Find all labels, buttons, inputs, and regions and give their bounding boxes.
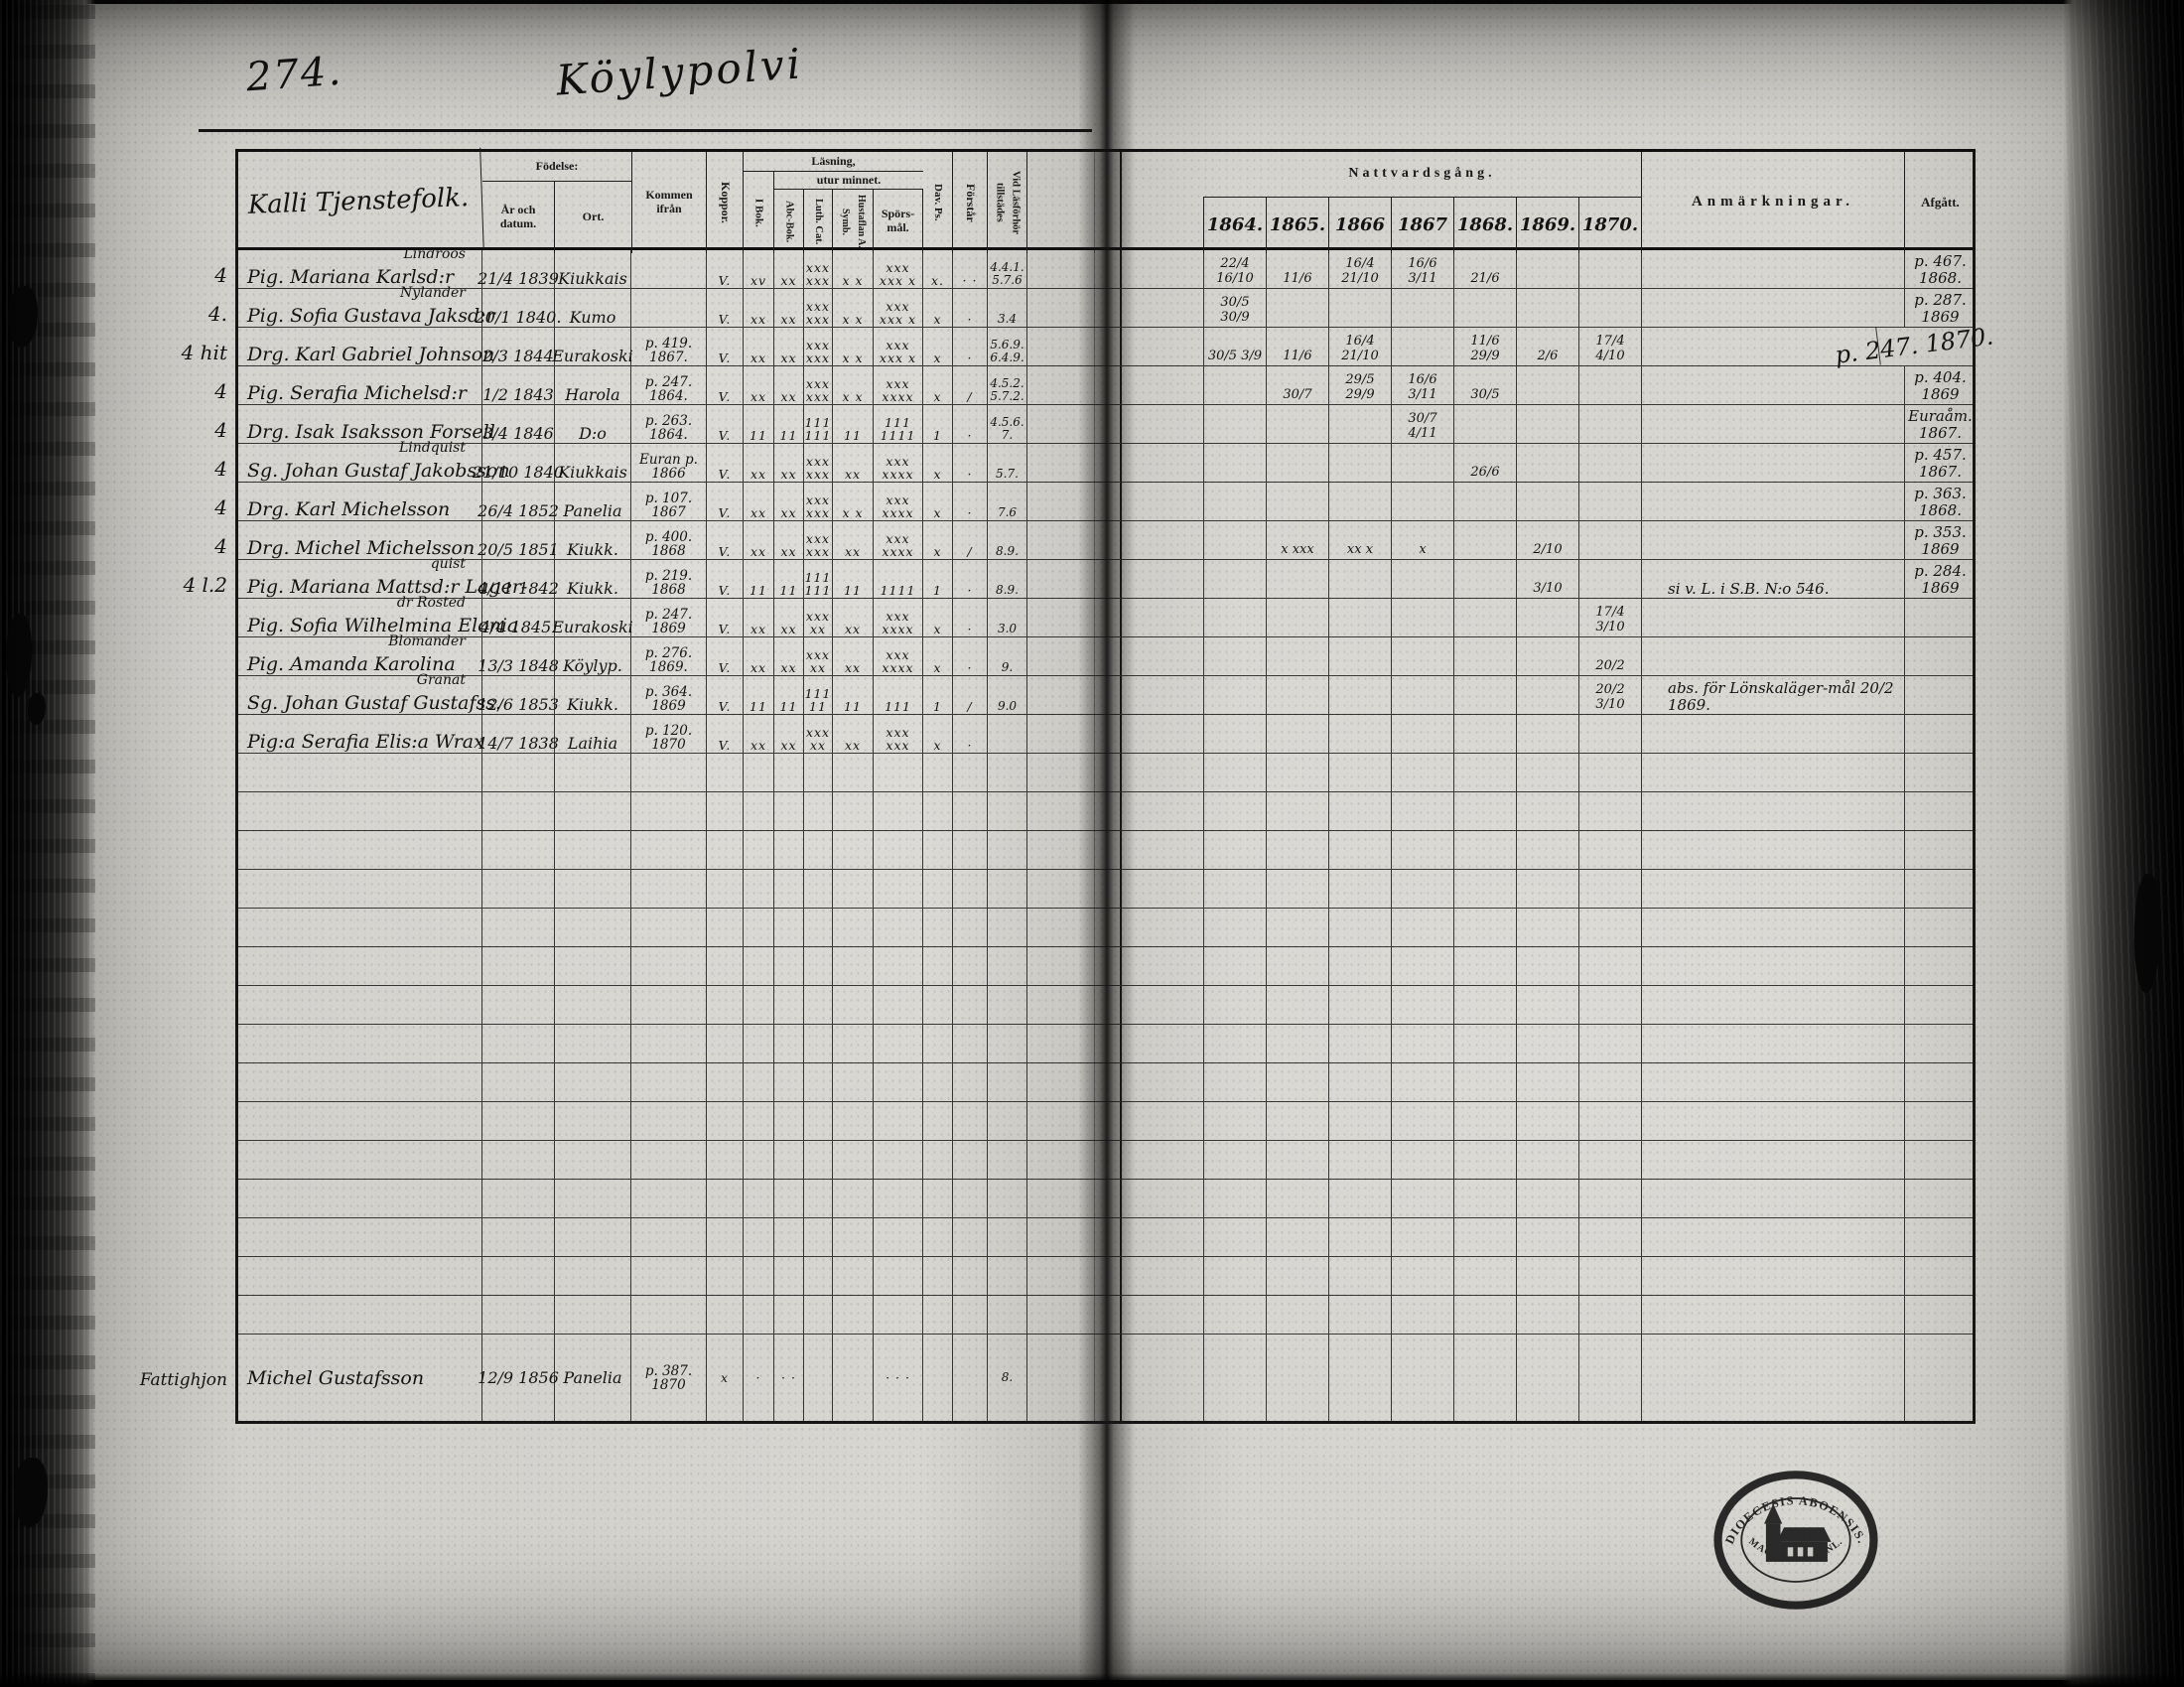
cell-koppor [707, 831, 744, 869]
cell-blank [1027, 483, 1095, 520]
cell-right-lead [1120, 1296, 1203, 1334]
cell-communion-1865 [1266, 444, 1328, 482]
cell-sporsmal: 111 [874, 676, 923, 714]
cell-dav-ps [923, 1180, 953, 1217]
cell-koppor [707, 870, 744, 908]
cell-dav-ps: x [923, 715, 953, 753]
cell-right-lead [1120, 483, 1203, 520]
cell-luth-cat: 111 11 [804, 676, 833, 714]
cell-afgatt: p. 404. 1869 [1904, 366, 1976, 404]
cell-name [235, 909, 482, 946]
cell-i-bok: xx [744, 289, 774, 327]
cell-anmarkning [1641, 986, 1904, 1024]
cell-kommen-ifran: p. 400. 1868 [631, 521, 707, 559]
cell-forstar [953, 947, 988, 985]
cell-gutter [1095, 560, 1120, 598]
cell-communion-1864 [1203, 483, 1266, 520]
cell-hustaflan [833, 947, 874, 985]
cell-communion-1864 [1203, 1335, 1266, 1423]
cell-communion-1864: 30/5 30/9 [1203, 289, 1266, 327]
year-header-1868: 1868. [1453, 198, 1516, 253]
cell-kommen-ifran [631, 947, 707, 985]
cell-right-lead [1120, 909, 1203, 946]
cell-communion-1869 [1516, 947, 1578, 985]
cell-sporsmal [874, 1296, 923, 1334]
cell-kommen-ifran [631, 1257, 707, 1295]
cell-hustaflan: x x [833, 289, 874, 327]
cell-forstar [953, 1218, 988, 1256]
scan-edge-left [0, 0, 95, 1687]
cell-luth-cat: xxx xx [804, 599, 833, 636]
cell-communion-1869 [1516, 599, 1578, 636]
cell-kommen-ifran [631, 870, 707, 908]
cell-gutter [1095, 1257, 1120, 1295]
cell-communion-1870 [1578, 250, 1641, 288]
cell-communion-1869 [1516, 792, 1578, 830]
cell-communion-1868 [1453, 792, 1516, 830]
cell-name [235, 1141, 482, 1179]
cell-dav-ps: x [923, 328, 953, 365]
cell-blank [1027, 715, 1095, 753]
cell-communion-1866 [1328, 715, 1391, 753]
cell-afgatt [1904, 909, 1976, 946]
table-row [235, 909, 1976, 947]
cell-forstar [953, 909, 988, 946]
cell-birth-date [482, 909, 555, 946]
cell-communion-1866 [1328, 986, 1391, 1024]
cell-hustaflan [833, 1218, 874, 1256]
cell-vid-lasforhor [988, 947, 1027, 985]
page-number: 274. [245, 49, 344, 101]
cell-kommen-ifran [631, 831, 707, 869]
cell-communion-1864 [1203, 599, 1266, 636]
cell-birth-place: Kiukk. [555, 560, 631, 598]
cell-birth-date [482, 1141, 555, 1179]
cell-forstar [953, 870, 988, 908]
cell-blank [1027, 328, 1095, 365]
cell-sporsmal [874, 754, 923, 791]
cell-communion-1864 [1203, 444, 1266, 482]
cell-vid-lasforhor [988, 909, 1027, 946]
cell-abc-bok [774, 1063, 804, 1101]
cell-communion-1865: 11/6 [1266, 328, 1328, 365]
cell-koppor [707, 1025, 744, 1062]
cell-kommen-ifran: p. 419. 1867. [631, 328, 707, 365]
cell-blank [1027, 599, 1095, 636]
cell-sporsmal: 111 1111 [874, 405, 923, 443]
cell-communion-1867 [1391, 947, 1453, 985]
cell-hustaflan: x x [833, 483, 874, 520]
cell-communion-1866: 29/5 29/9 [1328, 366, 1391, 404]
surname-above: Nylander [400, 286, 466, 300]
cell-hustaflan [833, 1180, 874, 1217]
cell-gutter [1095, 831, 1120, 869]
cell-i-bok: xx [744, 715, 774, 753]
cell-communion-1870 [1578, 560, 1641, 598]
cell-koppor: V. [707, 289, 744, 327]
cell-luth-cat [804, 909, 833, 946]
cell-forstar [953, 1257, 988, 1295]
cell-i-bok [744, 986, 774, 1024]
cell-communion-1867 [1391, 444, 1453, 482]
cell-dav-ps: x [923, 366, 953, 404]
cell-birth-place [555, 986, 631, 1024]
cell-birth-place [555, 1296, 631, 1334]
cell-afgatt [1904, 792, 1976, 830]
cell-i-bok: 11 [744, 676, 774, 714]
cell-koppor: V. [707, 521, 744, 559]
cell-hustaflan [833, 1063, 874, 1101]
col-group-lasning: Läsning, [744, 152, 923, 172]
cell-hustaflan [833, 986, 874, 1024]
person-name: Drg. Karl Gabriel Johnson [247, 346, 494, 364]
cell-gutter [1095, 1218, 1120, 1256]
cell-forstar [953, 792, 988, 830]
cell-blank [1027, 366, 1095, 404]
cell-kommen-ifran [631, 1180, 707, 1217]
cell-communion-1868 [1453, 1296, 1516, 1334]
cell-anmarkning [1641, 1257, 1904, 1295]
cell-i-bok [744, 1180, 774, 1217]
year-header-1866: 1866 [1328, 198, 1391, 253]
margin-mark: Fattighjon [116, 1372, 227, 1389]
cell-koppor: V. [707, 560, 744, 598]
cell-vid-lasforhor [988, 870, 1027, 908]
cell-communion-1864 [1203, 947, 1266, 985]
table-row: 4. Nylander Pig. Sofia Gustava Jaksd:r 2… [235, 289, 1976, 328]
cell-birth-place [555, 1218, 631, 1256]
cell-communion-1868 [1453, 1218, 1516, 1256]
col-header-fodelse: Födelse: [482, 152, 631, 182]
cell-right-lead [1120, 715, 1203, 753]
cell-hustaflan: xx [833, 521, 874, 559]
person-name: Pig. Sofia Wilhelmina Elonia [247, 617, 518, 635]
cell-communion-1869: 3/10 [1516, 560, 1578, 598]
cell-communion-1866 [1328, 1102, 1391, 1140]
cell-right-lead [1120, 1141, 1203, 1179]
cell-communion-1868 [1453, 289, 1516, 327]
table-row [235, 1218, 1976, 1257]
cell-communion-1870 [1578, 1218, 1641, 1256]
cell-communion-1867 [1391, 637, 1453, 675]
cell-communion-1867 [1391, 289, 1453, 327]
cell-forstar [953, 1025, 988, 1062]
margin-mark: 4 hit [116, 343, 227, 362]
cell-koppor: V. [707, 715, 744, 753]
cell-communion-1864 [1203, 909, 1266, 946]
cell-communion-1865 [1266, 947, 1328, 985]
cell-communion-1869 [1516, 405, 1578, 443]
cell-i-bok [744, 1218, 774, 1256]
cell-blank [1027, 754, 1095, 791]
cell-communion-1868 [1453, 1025, 1516, 1062]
cell-blank [1027, 792, 1095, 830]
cell-gutter [1095, 1296, 1120, 1334]
cell-i-bok [744, 947, 774, 985]
cell-anmarkning [1641, 831, 1904, 869]
cell-communion-1865 [1266, 637, 1328, 675]
cell-communion-1864 [1203, 754, 1266, 791]
cell-luth-cat [804, 831, 833, 869]
cell-communion-1870: 17/4 4/10 [1578, 328, 1641, 365]
cell-luth-cat [804, 1102, 833, 1140]
col-group-nattvardsgang: Nattvardsgång. [1203, 152, 1641, 198]
cell-gutter [1095, 483, 1120, 520]
cell-anmarkning [1641, 870, 1904, 908]
cell-dav-ps [923, 947, 953, 985]
cell-communion-1866 [1328, 405, 1391, 443]
cell-communion-1867 [1391, 870, 1453, 908]
cell-communion-1869 [1516, 444, 1578, 482]
cell-blank [1027, 1102, 1095, 1140]
cell-birth-place [555, 1063, 631, 1101]
cell-luth-cat [804, 1335, 833, 1423]
cell-hustaflan [833, 1102, 874, 1140]
cell-afgatt [1904, 1180, 1976, 1217]
person-name: Sg. Johan Gustaf Gustafss. [247, 694, 501, 713]
cell-communion-1868: 30/5 [1453, 366, 1516, 404]
cell-right-lead [1120, 947, 1203, 985]
cell-sporsmal [874, 792, 923, 830]
cell-gutter [1095, 754, 1120, 791]
cell-kommen-ifran: p. 387. 1870 [631, 1335, 707, 1423]
cell-communion-1868 [1453, 870, 1516, 908]
cell-forstar: / [953, 676, 988, 714]
cell-sporsmal: xxx xxxx [874, 366, 923, 404]
cell-gutter [1095, 676, 1120, 714]
cell-anmarkning [1641, 250, 1904, 288]
cell-hustaflan: xx [833, 599, 874, 636]
cell-koppor: V. [707, 599, 744, 636]
cell-abc-bok [774, 1296, 804, 1334]
cell-vid-lasforhor: 8. [988, 1335, 1027, 1423]
cell-communion-1870 [1578, 947, 1641, 985]
cell-anmarkning [1641, 637, 1904, 675]
cell-gutter [1095, 1141, 1120, 1179]
cell-birth-place: Panelia [555, 483, 631, 520]
cell-abc-bok: · · [774, 1335, 804, 1423]
col-header-afgatt: Afgått. [1904, 152, 1976, 253]
cell-communion-1866 [1328, 637, 1391, 675]
cell-anmarkning [1641, 366, 1904, 404]
margin-mark: 4 [116, 381, 227, 401]
cell-forstar: · [953, 560, 988, 598]
cell-sporsmal: xxx xxxx [874, 521, 923, 559]
cell-hustaflan: xx [833, 444, 874, 482]
cell-name [235, 947, 482, 985]
cell-birth-date: 13/3 1848 [482, 637, 555, 675]
cell-communion-1867 [1391, 1102, 1453, 1140]
cell-forstar [953, 986, 988, 1024]
cell-communion-1864 [1203, 1141, 1266, 1179]
cell-abc-bok: xx [774, 250, 804, 288]
cell-hustaflan: x x [833, 328, 874, 365]
col-header-ort: Ort. [555, 182, 631, 253]
table-row [235, 831, 1976, 870]
cell-afgatt [1904, 1218, 1976, 1256]
cell-communion-1865: x xxx [1266, 521, 1328, 559]
cell-birth-place [555, 1025, 631, 1062]
cell-communion-1864: 30/5 3/9 [1203, 328, 1266, 365]
cell-communion-1866 [1328, 947, 1391, 985]
cell-anmarkning [1641, 1296, 1904, 1334]
cell-luth-cat [804, 1063, 833, 1101]
cell-communion-1867 [1391, 1296, 1453, 1334]
cell-right-lead [1120, 1335, 1203, 1423]
cell-i-bok: · [744, 1335, 774, 1423]
cell-communion-1870 [1578, 1257, 1641, 1295]
cell-right-lead [1120, 1218, 1203, 1256]
cell-koppor: V. [707, 676, 744, 714]
cell-kommen-ifran [631, 1102, 707, 1140]
cell-right-lead [1120, 870, 1203, 908]
cell-right-lead [1120, 250, 1203, 288]
cell-anmarkning [1641, 483, 1904, 520]
cell-afgatt [1904, 870, 1976, 908]
cell-communion-1865 [1266, 1296, 1328, 1334]
cell-communion-1870: 20/2 3/10 [1578, 676, 1641, 714]
cell-communion-1865 [1266, 715, 1328, 753]
cell-gutter [1095, 1063, 1120, 1101]
cell-communion-1870 [1578, 366, 1641, 404]
cell-forstar [953, 1335, 988, 1423]
cell-luth-cat: 111 111 [804, 560, 833, 598]
cell-kommen-ifran: p. 247. 1864. [631, 366, 707, 404]
cell-blank [1027, 676, 1095, 714]
cell-right-lead [1120, 405, 1203, 443]
cell-dav-ps: x [923, 521, 953, 559]
table-row: 4 Lindquist Sg. Johan Gustaf Jakobsson 2… [235, 444, 1976, 483]
cell-blank [1027, 947, 1095, 985]
cell-birth-place: Harola [555, 366, 631, 404]
cell-communion-1869 [1516, 715, 1578, 753]
cell-communion-1868 [1453, 947, 1516, 985]
cell-right-lead [1120, 560, 1203, 598]
cell-dav-ps [923, 1335, 953, 1423]
cell-right-lead [1120, 444, 1203, 482]
cell-communion-1869 [1516, 1180, 1578, 1217]
cell-communion-1870 [1578, 521, 1641, 559]
cell-right-lead [1120, 366, 1203, 404]
cell-vid-lasforhor [988, 1025, 1027, 1062]
cell-luth-cat [804, 870, 833, 908]
cell-koppor [707, 1296, 744, 1334]
cell-communion-1868 [1453, 560, 1516, 598]
cell-vid-lasforhor: 7.6 [988, 483, 1027, 520]
cell-kommen-ifran [631, 754, 707, 791]
cell-hustaflan [833, 870, 874, 908]
margin-mark: 4 [116, 265, 227, 285]
cell-communion-1868 [1453, 986, 1516, 1024]
table-row [235, 1063, 1976, 1102]
cell-abc-bok: 11 [774, 676, 804, 714]
cell-blank [1027, 1063, 1095, 1101]
cell-abc-bok: xx [774, 715, 804, 753]
cell-kommen-ifran [631, 792, 707, 830]
cell-communion-1864: 22/4 16/10 [1203, 250, 1266, 288]
cell-kommen-ifran [631, 909, 707, 946]
cell-koppor: V. [707, 366, 744, 404]
cell-communion-1870 [1578, 1296, 1641, 1334]
col-header-anmarkningar: Anmärkningar. [1641, 152, 1904, 253]
cell-blank [1027, 1257, 1095, 1295]
table-row [235, 1296, 1976, 1335]
cell-sporsmal: xxx xxx [874, 715, 923, 753]
cell-communion-1865 [1266, 754, 1328, 791]
cell-kommen-ifran [631, 1141, 707, 1179]
cell-communion-1870 [1578, 483, 1641, 520]
cell-afgatt [1904, 831, 1976, 869]
cell-anmarkning [1641, 909, 1904, 946]
cell-koppor: V. [707, 483, 744, 520]
cell-forstar: · [953, 637, 988, 675]
table-row: 4 Drg. Karl Michelsson 26/4 1852 Panelia… [235, 483, 1976, 521]
cell-communion-1870 [1578, 1063, 1641, 1101]
cell-communion-1864 [1203, 521, 1266, 559]
cell-communion-1870 [1578, 1180, 1641, 1217]
cell-gutter [1095, 599, 1120, 636]
table-row: dr Rosted Pig. Sofia Wilhelmina Elonia 4… [235, 599, 1976, 637]
cell-birth-date: 1/2 1843 [482, 366, 555, 404]
cell-right-lead [1120, 754, 1203, 791]
cell-gutter [1095, 792, 1120, 830]
cell-blank [1027, 1218, 1095, 1256]
cell-right-lead [1120, 289, 1203, 327]
cell-dav-ps: 1 [923, 405, 953, 443]
cell-luth-cat: xxx xxx [804, 521, 833, 559]
cell-afgatt [1904, 1141, 1976, 1179]
cell-abc-bok [774, 1218, 804, 1256]
person-name: Michel Gustafsson [247, 1369, 424, 1388]
cell-communion-1869 [1516, 1218, 1578, 1256]
cell-abc-bok [774, 1102, 804, 1140]
cell-communion-1868: 26/6 [1453, 444, 1516, 482]
cell-communion-1864 [1203, 1180, 1266, 1217]
cell-sporsmal: · · · [874, 1335, 923, 1423]
cell-i-bok [744, 1257, 774, 1295]
cell-kommen-ifran: p. 364. 1869 [631, 676, 707, 714]
cell-name [235, 1296, 482, 1334]
cell-communion-1866 [1328, 1218, 1391, 1256]
cell-communion-1867 [1391, 328, 1453, 365]
cell-right-lead [1120, 1063, 1203, 1101]
cell-anmarkning [1641, 754, 1904, 791]
cell-birth-date [482, 1218, 555, 1256]
cell-gutter [1095, 637, 1120, 675]
cell-communion-1868 [1453, 1335, 1516, 1423]
cell-communion-1870 [1578, 870, 1641, 908]
cell-kommen-ifran: p. 107. 1867 [631, 483, 707, 520]
cell-i-bok [744, 1296, 774, 1334]
scan-edge-right [2063, 0, 2184, 1687]
cell-name: 4 Drg. Isak Isaksson Forsell [235, 405, 482, 443]
cell-anmarkning: si v. L. i S.B. N:o 546. [1641, 560, 1904, 598]
cell-sporsmal [874, 947, 923, 985]
cell-anmarkning [1641, 715, 1904, 753]
table-row: 4 Drg. Michel Michelsson 20/5 1851 Kiukk… [235, 521, 1976, 560]
cell-communion-1865 [1266, 1141, 1328, 1179]
cell-blank [1027, 1296, 1095, 1334]
cell-blank [1027, 986, 1095, 1024]
cell-vid-lasforhor: 9.0 [988, 676, 1027, 714]
cell-communion-1866 [1328, 1335, 1391, 1423]
cell-vid-lasforhor [988, 1296, 1027, 1334]
cell-communion-1869 [1516, 676, 1578, 714]
cell-forstar [953, 754, 988, 791]
cell-hustaflan [833, 831, 874, 869]
cell-communion-1868 [1453, 599, 1516, 636]
cell-dav-ps: x [923, 483, 953, 520]
